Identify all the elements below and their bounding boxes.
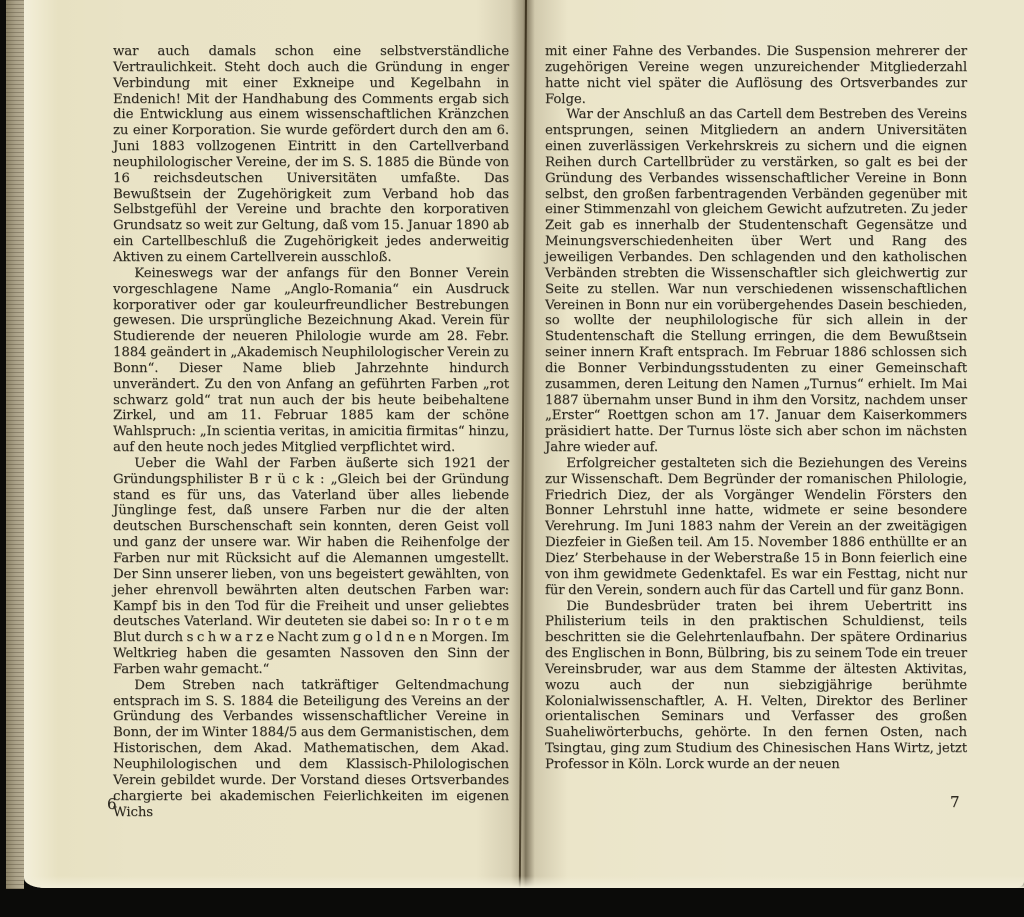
page-spread: war auch damals schon eine selbstverstän… xyxy=(24,0,1024,888)
paragraph: Dem Streben nach tatkräftiger Geltendmac… xyxy=(113,678,509,821)
paragraph: Keineswegs war der anfangs für den Bonne… xyxy=(113,266,509,456)
paragraph: Die Bundesbrüder traten bei ihrem Uebert… xyxy=(545,599,967,773)
paragraph: Ueber die Wahl der Farben äußerte sich 1… xyxy=(113,456,509,678)
paragraph: War der Anschluß an das Cartell dem Best… xyxy=(545,107,967,456)
book-block-fore-edge xyxy=(6,0,24,889)
page-right-text: mit einer Fahne des Verbandes. Die Suspe… xyxy=(545,44,967,773)
page-left-text: war auch damals schon eine selbstverstän… xyxy=(113,44,509,820)
paragraph: Erfolgreicher gestalteten sich die Bezie… xyxy=(545,456,967,599)
page-number-right: 7 xyxy=(950,793,960,811)
page-number-left: 6 xyxy=(107,795,117,813)
paragraph: war auch damals schon eine selbstverstän… xyxy=(113,44,509,266)
paragraph: mit einer Fahne des Verbandes. Die Suspe… xyxy=(545,44,967,107)
